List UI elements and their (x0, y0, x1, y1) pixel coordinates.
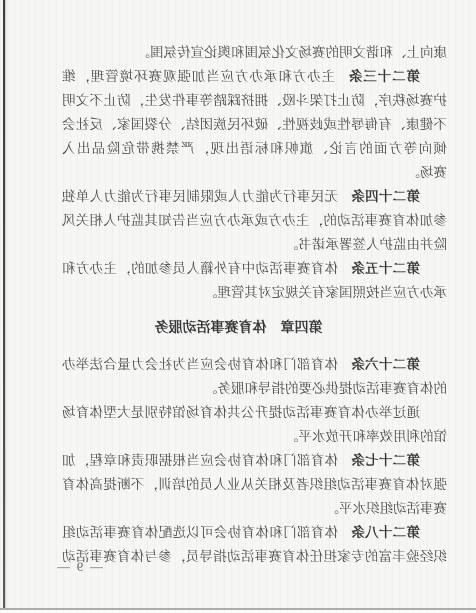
line-text: 主办方和承办方应当加强观赛环境管理，维 (62, 69, 335, 84)
text-line: 赛事活动组织水平。 (62, 497, 447, 521)
text-line: 第二十八条体育部门和体育协会可以选配体育赛事活动组 (62, 521, 447, 545)
text-line: 险并由监护人签署承诺书。 (62, 233, 447, 257)
line-text: 护赛场秩序，防止打架斗殴、拥挤踩踏等事件发生，防止不文明 (62, 93, 447, 108)
text-line: 护赛场秩序，防止打架斗殴、拥挤踩踏等事件发生，防止不文明 (62, 89, 447, 113)
line-text: 的体育赛事活动提供必要的指导和服务。 (204, 381, 447, 396)
line-text: 承办方应当按照国家有关规定对其管理。 (204, 285, 447, 300)
text-line: 倾向等方面的言论、旗帜和标语出现，严禁携带危险品出入 (62, 137, 447, 161)
book-edge-shadow-line (3, 0, 5, 608)
mirrored-print-content: 康向上、和谐文明的赛场文化氛围和舆论宣传氛围。 第二十三条主办方和承办方应当加强… (0, 0, 476, 613)
text-line: 馆的利用效率和开放水平。 (62, 425, 447, 449)
text-line: 赛场。 (62, 161, 447, 185)
text-line: 第二十三条主办方和承办方应当加强观赛环境管理，维 (62, 65, 447, 89)
line-text: 馆的利用效率和开放水平。 (285, 429, 447, 444)
line-text: 不健康、有侮辱性或歧视性、破坏民族团结、分裂国家、反社会 (62, 117, 447, 132)
text-line: 的体育赛事活动提供必要的指导和服务。 (62, 377, 447, 401)
chapter-heading: 第四章 体育赛事活动服务 (62, 317, 415, 341)
article-number: 第二十七条 (351, 453, 420, 468)
line-text: 康向上、和谐文明的赛场文化氛围和舆论宣传氛围。 (137, 45, 448, 60)
scanned-page: 康向上、和谐文明的赛场文化氛围和舆论宣传氛围。 第二十三条主办方和承办方应当加强… (0, 0, 476, 613)
line-text: 体育赛事活动中有外籍人员参加的，主办方和 (62, 261, 338, 276)
text-line: 通过举办体育赛事活动提升公共体育场馆特别是大型体育场 (62, 401, 447, 425)
line-text: 赛场。 (407, 165, 448, 180)
text-line: 第二十五条体育赛事活动中有外籍人员参加的，主办方和 (62, 257, 447, 281)
text-line: 康向上、和谐文明的赛场文化氛围和舆论宣传氛围。 (62, 41, 447, 65)
line-text: 体育部门和体育协会可以选配体育赛事活动组 (62, 525, 338, 540)
line-text: 织经验丰富的专家担任体育赛事活动指导员，参与体育赛事活动 (62, 549, 447, 564)
line-text: 强对体育赛事活动组织者及相关从业人员的培训，不断提高体育 (62, 477, 447, 492)
text-line: 参加体育赛事活动的，主办方或承办方应当告知其监护人相关风 (62, 209, 447, 233)
article-number: 第二十八条 (351, 525, 420, 540)
text-line: 第二十七条体育部门和体育协会应当根据职责和章程，加 (62, 449, 447, 473)
text-line: 强对体育赛事活动组织者及相关从业人员的培训，不断提高体育 (62, 473, 447, 497)
text-line: 第二十四条无民事行为能力人或限制民事行为能力人单独 (62, 185, 447, 209)
article-number: 第二十五条 (351, 261, 420, 276)
line-text: 赛事活动组织水平。 (326, 501, 448, 516)
line-text: 参加体育赛事活动的，主办方或承办方应当告知其监护人相关风 (62, 213, 447, 228)
text-line: 织经验丰富的专家担任体育赛事活动指导员，参与体育赛事活动 (62, 545, 447, 569)
line-text: 体育部门和体育协会应当为社会力量合法举办 (62, 357, 338, 372)
line-text: 无民事行为能力人或限制民事行为能力人单独 (62, 189, 338, 204)
article-number: 第二十四条 (351, 189, 420, 204)
text-line: 不健康、有侮辱性或歧视性、破坏民族团结、分裂国家、反社会 (62, 113, 447, 137)
text-line: 承办方应当按照国家有关规定对其管理。 (62, 281, 447, 305)
page-number: — 9 — (53, 560, 105, 575)
article-number: 第二十三条 (348, 69, 420, 84)
line-text: 险并由监护人签署承诺书。 (285, 237, 447, 252)
line-text: 体育部门和体育协会应当根据职责和章程，加 (62, 453, 338, 468)
document-text-block: 康向上、和谐文明的赛场文化氛围和舆论宣传氛围。 第二十三条主办方和承办方应当加强… (62, 41, 447, 569)
text-line: 第二十六条体育部门和体育协会应当为社会力量合法举办 (62, 353, 447, 377)
article-number: 第二十六条 (351, 357, 420, 372)
line-text: 通过举办体育赛事活动提升公共体育场馆特别是大型体育场 (62, 405, 420, 420)
line-text: 倾向等方面的言论、旗帜和标语出现，严禁携带危险品出入 (62, 141, 447, 156)
